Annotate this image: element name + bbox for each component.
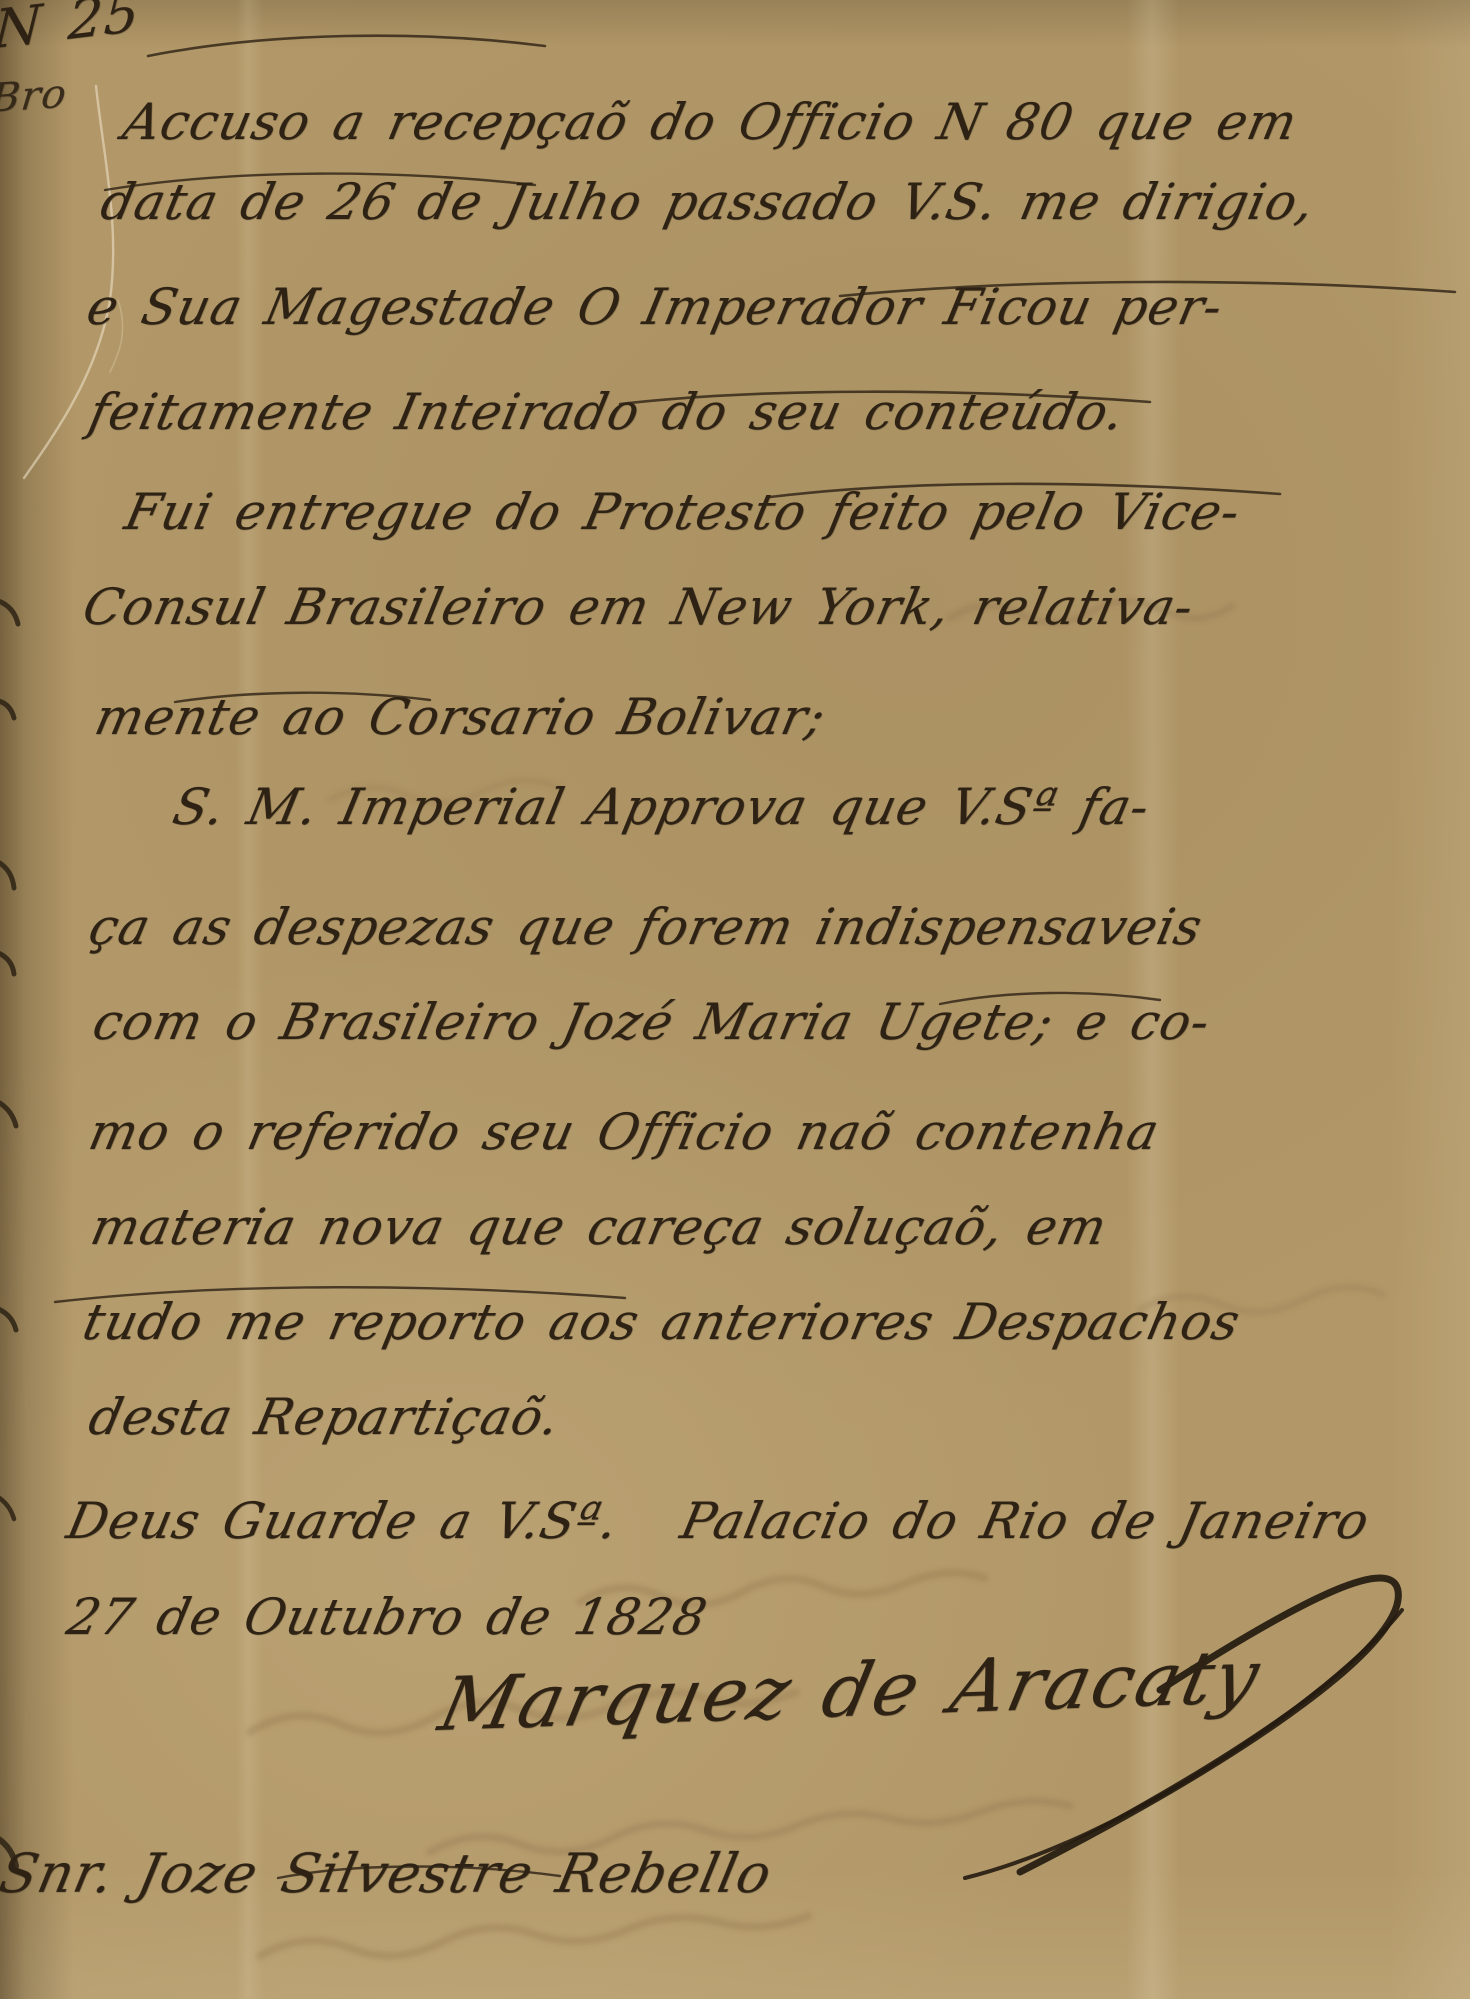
- closing-line: Deus Guarde a V.Sª.Palacio do Rio de Jan…: [62, 1492, 1375, 1550]
- letter-line-3: e Sua Magestade O Imperador Ficou per-: [82, 278, 1228, 336]
- letter-line-14: desta Repartiçaõ.: [84, 1388, 565, 1446]
- date-line: 27 de Outubro de 1828: [62, 1588, 712, 1646]
- letter-line-6: Consul Brasileiro em New York, relativa-: [78, 578, 1199, 636]
- letter-line-8: S. M. Imperial Approva que V.Sª fa-: [168, 778, 1155, 836]
- addressee-line: Snr. Joze Silvestre Rebello: [0, 1842, 778, 1905]
- letter-line-12: materia nova que careça soluçaõ, em: [86, 1198, 1112, 1256]
- letter-line-2: data de 26 de Julho passado V.S. me diri…: [96, 173, 1320, 231]
- letter-line-9: ça as despezas que forem indispensaveis: [84, 898, 1208, 956]
- margin-fragment: Bro: [0, 71, 69, 122]
- signature-flourish: [965, 1578, 1402, 1878]
- closing-place: Palacio do Rio de Janeiro: [676, 1492, 1375, 1550]
- letter-line-10: com o Brasileiro Jozé Maria Ugete; e co-: [88, 993, 1216, 1051]
- closing-salutation: Deus Guarde a V.Sª.: [62, 1492, 624, 1550]
- letter-line-5: Fui entregue do Protesto feito pelo Vice…: [120, 483, 1246, 541]
- corner-archive-number: N 25: [0, 0, 142, 61]
- letter-line-1: Accuso a recepçaõ do Officio N 80 que em: [118, 93, 1303, 151]
- letter-line-11: mo o referido seu Officio naõ contenha: [84, 1103, 1165, 1161]
- letter-line-13: tudo me reporto aos anteriores Despachos: [78, 1293, 1245, 1351]
- letter-line-4: feitamente Inteirado do seu conteúdo.: [84, 383, 1130, 441]
- letter-line-7: mente ao Corsario Bolivar;: [90, 688, 831, 746]
- signature: Marquez de Aracaty: [432, 1634, 1268, 1748]
- left-edge-ink-fragment: [0, 600, 18, 1866]
- manuscript-page: N 25 Bro Accuso a recepçaõ do Officio N …: [0, 0, 1470, 1999]
